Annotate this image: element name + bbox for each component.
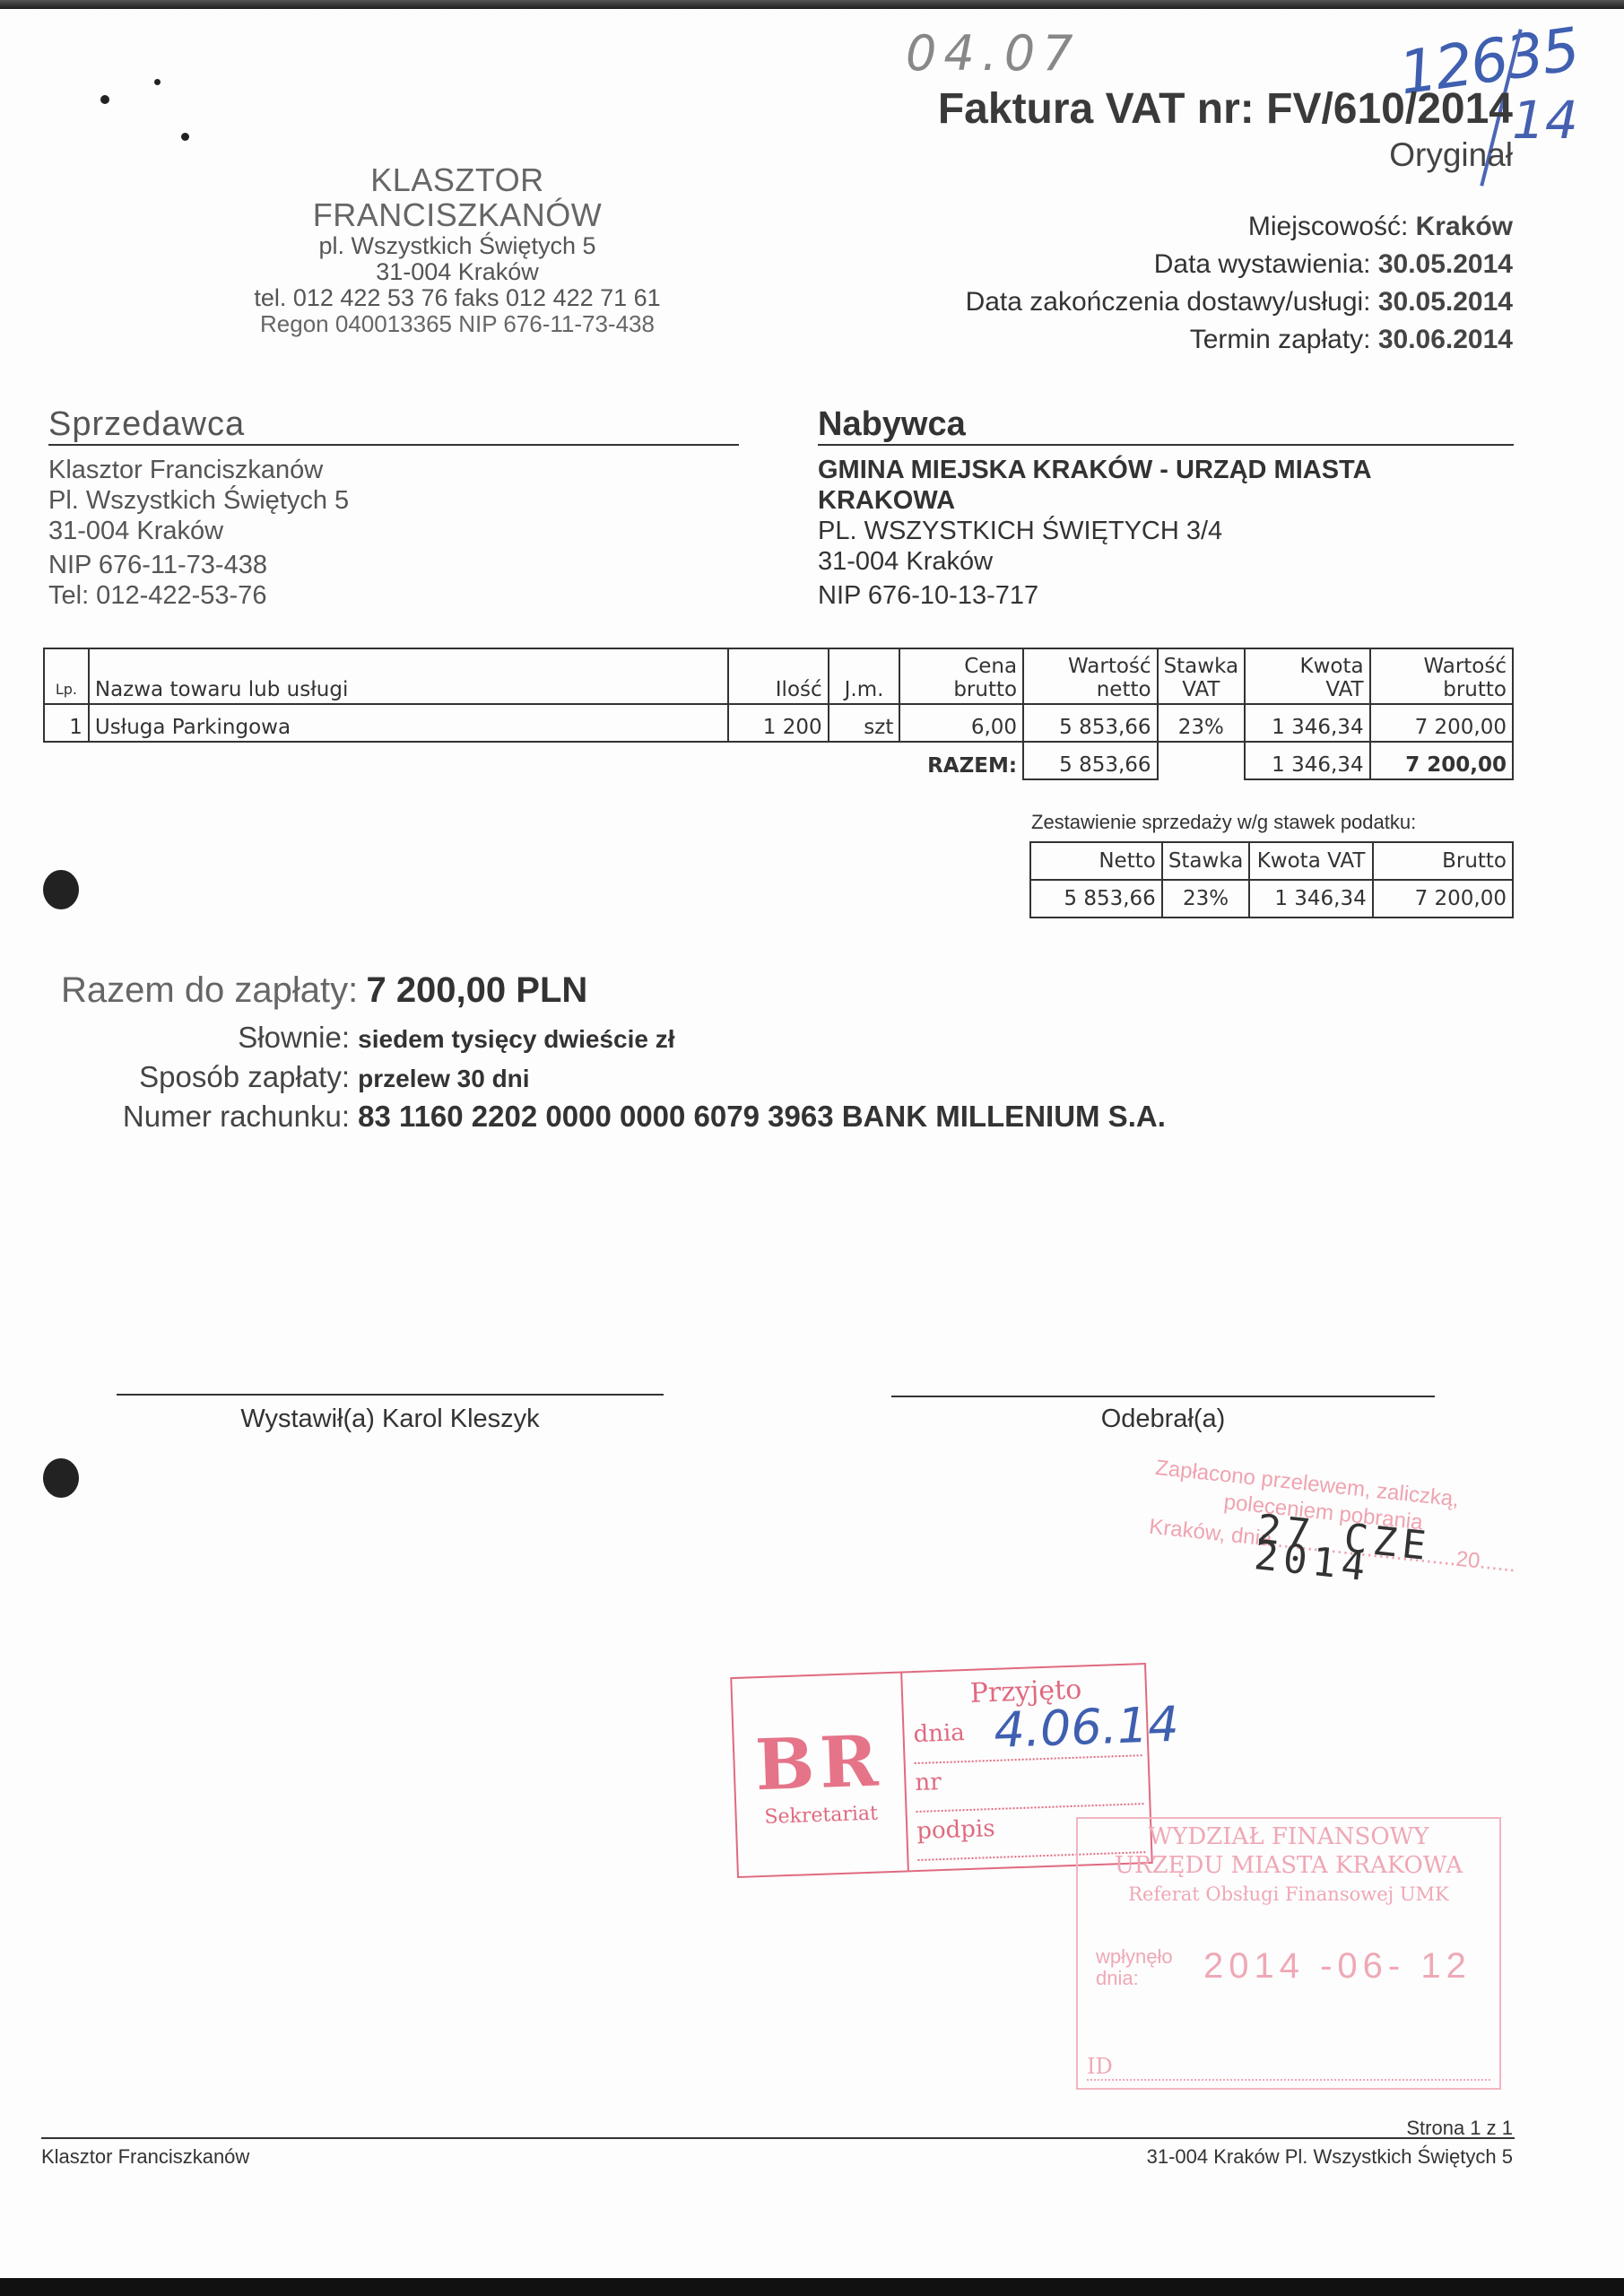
total-vat-amount: 1 346,34 [1245,742,1369,779]
fin-stamp-line2: URZĘDU MIASTA KRAKOWA [1078,1851,1499,1880]
col-lp: Lp. [44,648,89,704]
col-gross-value: Wartośćbrutto [1370,648,1513,704]
seller-rule [48,444,739,446]
vat-summary-col-net: Netto [1030,842,1162,880]
meta-due-date: Termin zapłaty: 30.06.2014 [966,321,1513,359]
cell-gross-value: 7 200,00 [1370,704,1513,742]
paid-stamp: Zapłacono przelewem, zaliczką, polecenie… [1148,1455,1532,1579]
cell-qty: 1 200 [728,704,828,742]
footer-company: Klasztor Franciszkanów [41,2145,249,2169]
fin-stamp-line3: Referat Obsługi Finansowej UMK [1078,1880,1499,1909]
br-handwritten-date: 4.06.14 [993,1696,1179,1759]
buyer-details: GMINA MIEJSKA KRAKÓW - URZĄD MIASTA KRAK… [818,455,1514,611]
seller-stamp-ids: Regon 040013365 NIP 676-11-73-438 [233,311,682,336]
fin-stamp-line1: WYDZIAŁ FINANSOWY [1078,1822,1499,1851]
col-net-value: Wartośćnetto [1023,648,1157,704]
fin-stamp-id-field: ID [1087,2054,1490,2081]
seller-stamp-city: 31-004 Kraków [233,259,682,285]
col-price-gross: Cenabrutto [899,648,1023,704]
payment-words: Słownie: siedem tysięcy dwieście zł [54,1021,674,1055]
receiver-signature-line [891,1396,1435,1397]
seller-name: Klasztor Franciszkanów [48,455,739,485]
items-table: Lp. Nazwa towaru lub usługi Ilość J.m. C… [43,648,1514,780]
vat-summary-header-row: Netto Stawka Kwota VAT Brutto [1030,842,1513,880]
payment-method: Sposób zapłaty: przelew 30 dni [54,1060,530,1094]
seller-stamp: KLASZTOR FRANCISZKANÓW pl. Wszystkich Św… [233,163,682,336]
total-row: RAZEM: 5 853,66 1 346,34 7 200,00 [44,742,1513,779]
br-logo: BR [734,1720,905,1808]
col-qty: Ilość [728,648,828,704]
vat-summary-caption: Zestawienie sprzedaży w/g stawek podatku… [1031,811,1416,834]
receiver-signature-label: Odebrał(a) [891,1405,1435,1434]
buyer-nip: NIP 676-10-13-717 [818,580,1514,611]
items-header-row: Lp. Nazwa towaru lub usługi Ilość J.m. C… [44,648,1513,704]
meta-delivery-date: Data zakończenia dostawy/usługi: 30.05.2… [966,283,1513,321]
seller-phone: Tel: 012-422-53-76 [48,580,739,611]
issuer-signature-label: Wystawił(a) Karol Kleszyk [117,1405,664,1434]
meta-issue-date: Data wystawienia: 30.05.2014 [966,246,1513,283]
scan-edge-top [0,0,1624,9]
payment-total: Razem do zapłaty: 7 200,00 PLN [61,970,587,1011]
col-name: Nazwa towaru lub usługi [89,648,728,704]
invoice-title: Faktura VAT nr: FV/610/2014 [938,84,1513,134]
fin-stamp-received-label: wpłynęło dnia: [1096,1946,1173,1989]
vat-summary-net: 5 853,66 [1030,880,1162,918]
buyer-name-2: KRAKOWA [818,485,1514,516]
seller-stamp-address: pl. Wszystkich Świętych 5 [233,233,682,259]
seller-address: Pl. Wszystkich Świętych 5 [48,485,739,516]
buyer-address: PL. WSZYSTKICH ŚWIĘTYCH 3/4 [818,516,1514,546]
invoice-meta: Miejscowość: Kraków Data wystawienia: 30… [966,208,1513,359]
handwritten-registry-suffix: 14 [1512,90,1578,151]
finance-dept-stamp: WYDZIAŁ FINANSOWY URZĘDU MIASTA KRAKOWA … [1076,1817,1501,2090]
vat-summary-col-vat: Kwota VAT [1249,842,1372,880]
cell-net-value: 5 853,66 [1023,704,1157,742]
speck [100,95,109,104]
meta-place: Miejscowość: Kraków [966,208,1513,246]
total-label: RAZEM: [899,742,1023,779]
fin-stamp-received-date: 2014 -06- 12 [1203,1946,1472,1987]
seller-stamp-name: KLASZTOR FRANCISZKANÓW [233,163,682,233]
col-vat-rate: StawkaVAT [1158,648,1246,704]
br-date-field: dnia 4.06.14 [913,1713,1142,1764]
br-stamp-logo-panel: BR Sekretariat [732,1673,909,1875]
total-net-value: 5 853,66 [1023,742,1157,779]
buyer-city: 31-004 Kraków [818,546,1514,577]
cell-lp: 1 [44,704,89,742]
cell-vat-rate: 23% [1158,704,1246,742]
invoice-copy-type: Oryginał [1389,136,1513,174]
vat-summary-table: Netto Stawka Kwota VAT Brutto 5 853,66 2… [1029,841,1514,918]
cell-vat-amount: 1 346,34 [1245,704,1369,742]
footer-address: 31-004 Kraków Pl. Wszystkich Świętych 5 [1147,2145,1513,2169]
br-number-field: nr [915,1761,1144,1813]
buyer-name-1: GMINA MIEJSKA KRAKÓW - URZĄD MIASTA [818,455,1514,485]
handwritten-date-note: 04.07 [906,25,1081,82]
punch-hole-bottom [43,1458,79,1498]
buyer-heading: Nabywca [818,405,1514,444]
buyer-section: Nabywca GMINA MIEJSKA KRAKÓW - URZĄD MIA… [818,405,1514,611]
table-row: 1 Usługa Parkingowa 1 200 szt 6,00 5 853… [44,704,1513,742]
seller-heading: Sprzedawca [48,405,739,444]
footer-rule [41,2137,1515,2139]
vat-summary-vat: 1 346,34 [1249,880,1372,918]
payment-account: Numer rachunku: 83 1160 2202 0000 0000 6… [54,1100,1166,1134]
seller-section: Sprzedawca Klasztor Franciszkanów Pl. Ws… [48,405,739,611]
buyer-rule [818,444,1514,446]
speck [181,133,189,141]
vat-summary-col-rate: Stawka [1162,842,1250,880]
cell-price-gross: 6,00 [899,704,1023,742]
total-gross-value: 7 200,00 [1370,742,1513,779]
cell-name: Usługa Parkingowa [89,704,728,742]
col-unit: J.m. [829,648,900,704]
scan-edge-bottom [0,2278,1624,2296]
vat-summary-rate: 23% [1162,880,1250,918]
punch-hole-top [43,870,79,909]
seller-stamp-phone: tel. 012 422 53 76 faks 012 422 71 61 [233,285,682,311]
vat-summary-col-gross: Brutto [1373,842,1513,880]
issuer-signature-line [117,1394,664,1396]
col-vat-amount: KwotaVAT [1245,648,1369,704]
seller-details: Klasztor Franciszkanów Pl. Wszystkich Św… [48,455,739,611]
seller-city: 31-004 Kraków [48,516,739,546]
vat-summary-gross: 7 200,00 [1373,880,1513,918]
seller-nip: NIP 676-11-73-438 [48,550,739,580]
cell-unit: szt [829,704,900,742]
speck [154,79,161,85]
table-row: 5 853,66 23% 1 346,34 7 200,00 [1030,880,1513,918]
